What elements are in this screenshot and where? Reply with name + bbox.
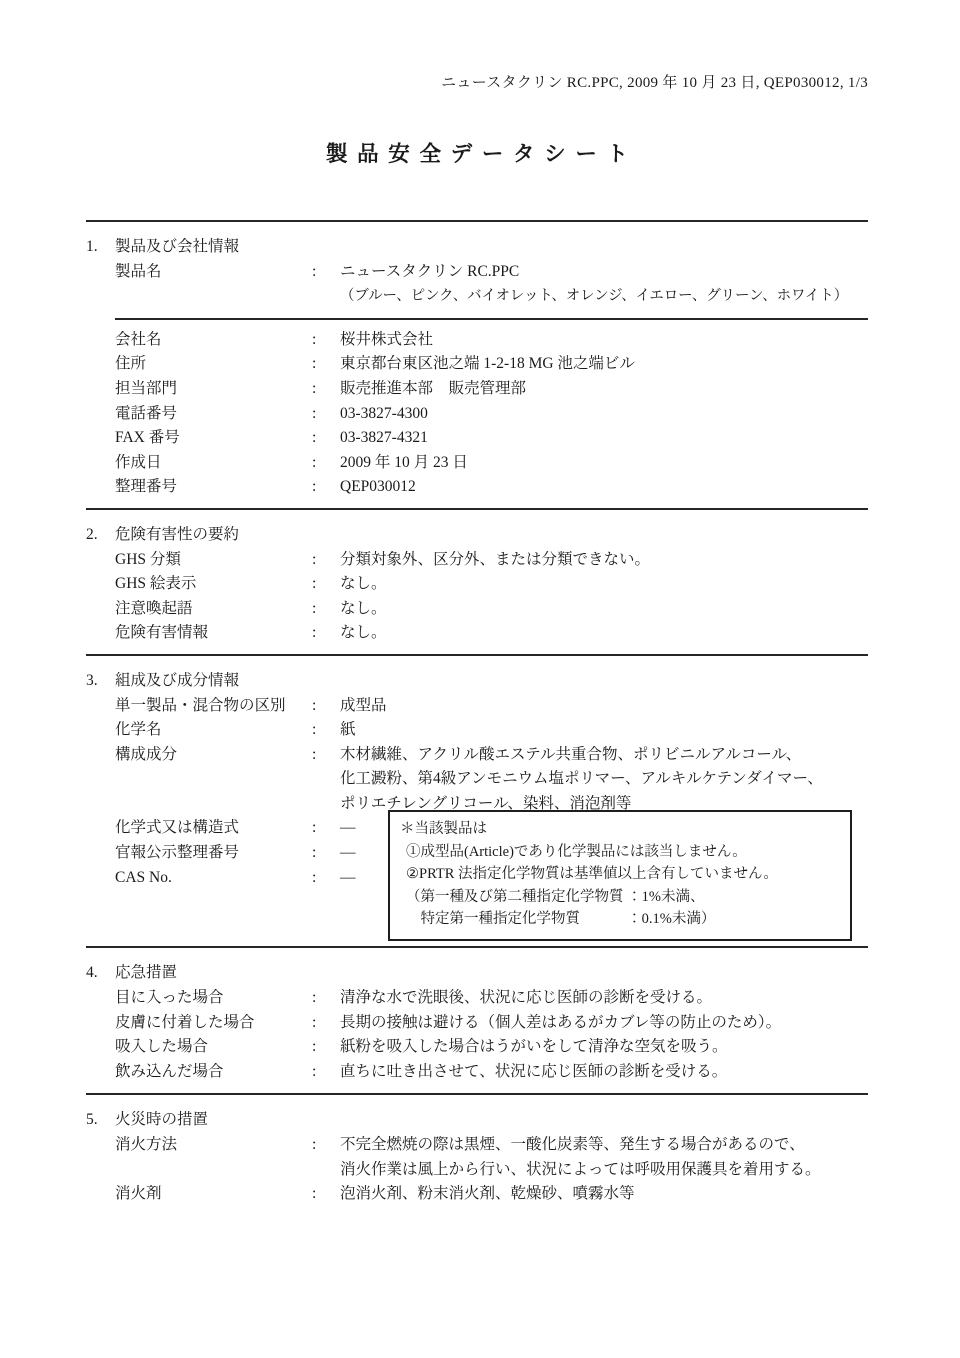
field-label: 飲み込んだ場合 <box>115 1060 312 1085</box>
colon: : <box>312 1011 340 1036</box>
section-3-heading: 3. 組成及び成分情報 <box>86 669 868 694</box>
field-value: ニュースタクリン RC.PPC （ブルー、ピンク、バイオレット、オレンジ、イエロ… <box>340 260 868 309</box>
section-title: 組成及び成分情報 <box>115 669 239 694</box>
field-value: 2009 年 10 月 23 日 <box>340 451 868 476</box>
field-value: 成型品 <box>340 694 868 719</box>
colon: : <box>312 718 340 743</box>
field-value: 長期の接触は避ける（個人差はあるがカブレ等の防止のため）。 <box>340 1011 868 1036</box>
field-value: 03-3827-4300 <box>340 402 868 427</box>
field-row-ingestion: 飲み込んだ場合 : 直ちに吐き出させて、状況に応じ医師の診断を受ける。 <box>86 1060 868 1085</box>
colon: : <box>312 694 340 719</box>
field-row-company: 会社名 : 桜井株式会社 <box>86 328 868 353</box>
section-number: 3. <box>86 669 115 694</box>
field-label: 整理番号 <box>115 475 312 500</box>
field-label: 注意喚起語 <box>115 597 312 622</box>
field-value: なし。 <box>340 597 868 622</box>
field-row-skin-contact: 皮膚に付着した場合 : 長期の接触は避ける（個人差はあるがカブレ等の防止のため）… <box>86 1011 868 1036</box>
colon: : <box>312 1035 340 1060</box>
field-row-phone: 電話番号 : 03-3827-4300 <box>86 402 868 427</box>
section-number: 1. <box>86 235 115 260</box>
field-value: 不完全燃焼の際は黒煙、一酸化炭素等、発生する場合があるので、 消火作業は風上から… <box>340 1133 868 1182</box>
note-line2: ①成型品(Article)であり化学製品には該当しません。 <box>400 841 840 863</box>
colon: : <box>312 1182 340 1207</box>
product-name-line2: （ブルー、ピンク、バイオレット、オレンジ、イエロー、グリーン、ホワイト） <box>340 284 868 309</box>
field-row-fax: FAX 番号 : 03-3827-4321 <box>86 426 868 451</box>
colon: : <box>312 841 340 866</box>
field-label: 皮膚に付着した場合 <box>115 1011 312 1036</box>
colon: : <box>312 986 340 1011</box>
field-row-signal-word: 注意喚起語 : なし。 <box>86 597 868 622</box>
field-value: なし。 <box>340 572 868 597</box>
section-2-heading: 2. 危険有害性の要約 <box>86 523 868 548</box>
field-row-components: 構成成分 : 木材繊維、アクリル酸エステル共重合物、ポリビニルアルコール、 化工… <box>86 743 868 817</box>
field-value: 03-3827-4321 <box>340 426 868 451</box>
sds-page: ニュースタクリン RC.PPC, 2009 年 10 月 23 日, QEP03… <box>0 0 960 1358</box>
field-row-inhalation: 吸入した場合 : 紙粉を吸入した場合はうがいをして清浄な空気を吸う。 <box>86 1035 868 1060</box>
colon: : <box>312 1060 340 1085</box>
section-5-heading: 5. 火災時の措置 <box>86 1108 868 1133</box>
section-title: 火災時の措置 <box>115 1108 208 1133</box>
section-divider <box>86 508 868 510</box>
field-label: 目に入った場合 <box>115 986 312 1011</box>
field-label: 製品名 <box>115 260 312 309</box>
section-title: 危険有害性の要約 <box>115 523 239 548</box>
field-row-ref-number: 整理番号 : QEP030012 <box>86 475 868 500</box>
colon: : <box>312 451 340 476</box>
field-value: 紙 <box>340 718 868 743</box>
field-row-extinguishing-method: 消火方法 : 不完全燃焼の際は黒煙、一酸化炭素等、発生する場合があるので、 消火… <box>86 1133 868 1182</box>
field-value: なし。 <box>340 621 868 646</box>
section-title: 製品及び会社情報 <box>115 235 239 260</box>
field-label: GHS 分類 <box>115 548 312 573</box>
field-label: 官報公示整理番号 <box>115 841 312 866</box>
field-label: 住所 <box>115 352 312 377</box>
colon: : <box>312 260 340 309</box>
field-row-product-name: 製品名 : ニュースタクリン RC.PPC （ブルー、ピンク、バイオレット、オレ… <box>86 260 868 309</box>
field-row-eye-contact: 目に入った場合 : 清浄な水で洗眼後、状況に応じ医師の診断を受ける。 <box>86 986 868 1011</box>
method-line2: 消火作業は風上から行い、状況によっては呼吸用保護具を着用する。 <box>340 1158 868 1183</box>
field-value: 清浄な水で洗眼後、状況に応じ医師の診断を受ける。 <box>340 986 868 1011</box>
section-title: 応急措置 <box>115 961 177 986</box>
formula-and-note-zone: 化学式又は構造式 : ― 官報公示整理番号 : ― CAS No. : ― ＊当… <box>86 816 868 934</box>
components-line1: 木材繊維、アクリル酸エステル共重合物、ポリビニルアルコール、 <box>340 743 868 768</box>
note-line4: （第一種及び第二種指定化学物質 ：1%未満、 <box>400 886 840 908</box>
field-value: 直ちに吐き出させて、状況に応じ医師の診断を受ける。 <box>340 1060 868 1085</box>
field-label: GHS 絵表示 <box>115 572 312 597</box>
colon: : <box>312 402 340 427</box>
field-label: 単一製品・混合物の区別 <box>115 694 312 719</box>
prtr-note-box: ＊当該製品は ①成型品(Article)であり化学製品には該当しません。 ②PR… <box>388 810 852 940</box>
field-label: FAX 番号 <box>115 426 312 451</box>
field-label: 会社名 <box>115 328 312 353</box>
field-row-address: 住所 : 東京都台東区池之端 1-2-18 MG 池之端ビル <box>86 352 868 377</box>
section-number: 4. <box>86 961 115 986</box>
field-row-chemical-name: 化学名 : 紙 <box>86 718 868 743</box>
page-title: 製品安全データシート <box>86 140 868 168</box>
field-value: 桜井株式会社 <box>340 328 868 353</box>
colon: : <box>312 352 340 377</box>
colon: : <box>312 377 340 402</box>
field-row-hazard-info: 危険有害情報 : なし。 <box>86 621 868 646</box>
field-label: 担当部門 <box>115 377 312 402</box>
note-line3: ②PRTR 法指定化学物質は基準値以上含有していません。 <box>400 863 840 885</box>
field-value: QEP030012 <box>340 475 868 500</box>
field-row-extinguishing-agent: 消火剤 : 泡消火剤、粉末消火剤、乾燥砂、噴霧水等 <box>86 1182 868 1207</box>
field-label: 消火剤 <box>115 1182 312 1207</box>
components-line2: 化工澱粉、第4級アンモニウム塩ポリマー、アルキルケテンダイマー、 <box>340 767 868 792</box>
field-label: 作成日 <box>115 451 312 476</box>
colon: : <box>312 597 340 622</box>
field-label: 危険有害情報 <box>115 621 312 646</box>
inner-divider <box>115 318 868 320</box>
doc-header: ニュースタクリン RC.PPC, 2009 年 10 月 23 日, QEP03… <box>86 0 868 94</box>
colon: : <box>312 328 340 353</box>
section-number: 2. <box>86 523 115 548</box>
colon: : <box>312 621 340 646</box>
field-label: 吸入した場合 <box>115 1035 312 1060</box>
section-1-heading: 1. 製品及び会社情報 <box>86 235 868 260</box>
field-row-created-date: 作成日 : 2009 年 10 月 23 日 <box>86 451 868 476</box>
method-line1: 不完全燃焼の際は黒煙、一酸化炭素等、発生する場合があるので、 <box>340 1133 868 1158</box>
section-divider <box>86 946 868 948</box>
field-label: 消火方法 <box>115 1133 312 1182</box>
colon: : <box>312 743 340 817</box>
colon: : <box>312 1133 340 1182</box>
field-value: 木材繊維、アクリル酸エステル共重合物、ポリビニルアルコール、 化工澱粉、第4級ア… <box>340 743 868 817</box>
section-divider <box>86 654 868 656</box>
colon: : <box>312 548 340 573</box>
section-number: 5. <box>86 1108 115 1133</box>
field-label: 構成成分 <box>115 743 312 817</box>
field-value: 東京都台東区池之端 1-2-18 MG 池之端ビル <box>340 352 868 377</box>
colon: : <box>312 426 340 451</box>
company-info-rows: 会社名 : 桜井株式会社 住所 : 東京都台東区池之端 1-2-18 MG 池之… <box>86 328 868 500</box>
note-line1: ＊当該製品は <box>400 818 840 840</box>
field-label: 電話番号 <box>115 402 312 427</box>
note-line5: 特定第一種指定化学物質 ：0.1%未満） <box>400 908 840 930</box>
section-divider <box>86 220 868 222</box>
field-value: 紙粉を吸入した場合はうがいをして清浄な空気を吸う。 <box>340 1035 868 1060</box>
field-label: CAS No. <box>115 866 312 891</box>
colon: : <box>312 475 340 500</box>
field-row-ghs-pictogram: GHS 絵表示 : なし。 <box>86 572 868 597</box>
field-label: 化学式又は構造式 <box>115 816 312 841</box>
colon: : <box>312 572 340 597</box>
sds-content: ニュースタクリン RC.PPC, 2009 年 10 月 23 日, QEP03… <box>86 0 868 1207</box>
colon: : <box>312 866 340 891</box>
colon: : <box>312 816 340 841</box>
product-name-line1: ニュースタクリン RC.PPC <box>340 260 868 285</box>
field-row-department: 担当部門 : 販売推進本部 販売管理部 <box>86 377 868 402</box>
field-row-product-category: 単一製品・混合物の区別 : 成型品 <box>86 694 868 719</box>
section-4-heading: 4. 応急措置 <box>86 961 868 986</box>
field-value: 販売推進本部 販売管理部 <box>340 377 868 402</box>
field-value: 泡消火剤、粉末消火剤、乾燥砂、噴霧水等 <box>340 1182 868 1207</box>
field-value: 分類対象外、区分外、または分類できない。 <box>340 548 868 573</box>
section-divider <box>86 1093 868 1095</box>
field-label: 化学名 <box>115 718 312 743</box>
field-row-ghs-class: GHS 分類 : 分類対象外、区分外、または分類できない。 <box>86 548 868 573</box>
